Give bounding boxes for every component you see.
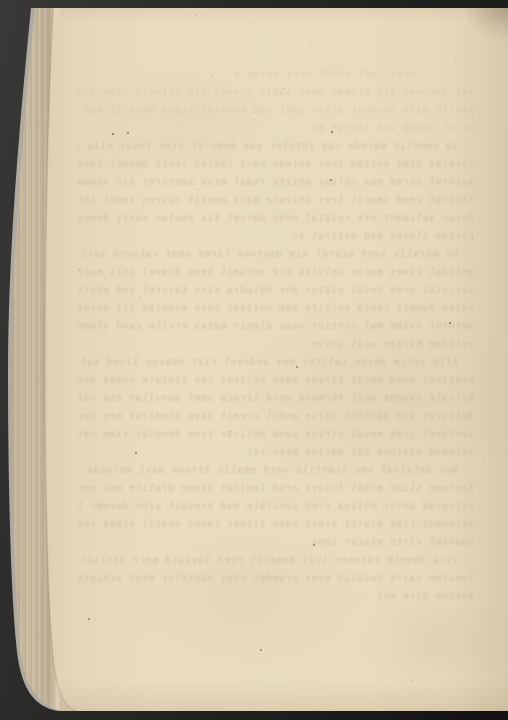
foxing-speck [449, 322, 451, 324]
foxing-speck [331, 131, 333, 133]
show-through-line: rolemad vistone cal adrive mson tel. [78, 444, 474, 462]
show-through-line: selovant ride mcalot srevi odan tlimer c… [78, 516, 474, 534]
show-through-line: ralev duomis centa solvire dam ontisal c… [78, 300, 474, 318]
show-through-line: sovintal erem docal vistor ane melodra c… [78, 282, 474, 300]
show-through-line: odansel virte mlocar ines. [78, 534, 474, 552]
foxing-speck [296, 366, 298, 368]
show-through-line: sel darnove tis elomar quen sadil erovat… [78, 84, 474, 102]
show-through-line: velodan mirtes ocal snive. [78, 336, 474, 354]
show-through-line: mitrale svonde acil termosa vend liroca … [78, 390, 474, 408]
show-through-line: santovel irde mocal strive oand melicar … [78, 426, 474, 444]
foxing-speck [88, 618, 90, 620]
show-through-line: Nos delvirat ome scantile vord emalic st… [78, 462, 474, 480]
show-through-line: miral tosed vin elorat ms. [78, 120, 474, 138]
show-through-line: atello mirs devonal siter amol cas envir… [78, 102, 474, 120]
foxing-speck [112, 133, 114, 135]
foxing-speck [330, 179, 332, 181]
foxing-speck [260, 649, 262, 651]
show-through-line: orist nel avont seri molda e [78, 66, 474, 84]
show-through-line: aselon dire mot - [78, 588, 474, 606]
show-through-line: lesorat vend imacol tres onivale dars em… [78, 192, 474, 210]
scanned-book-photo: orist nel avont seri molda esel darnove … [0, 0, 508, 720]
show-through-line: tovrane slide mcoal tnievs orad lemicat … [78, 480, 474, 498]
show-through-line: avintol sered mas colvar eniste rodal mi… [78, 174, 474, 192]
show-through-line: certan ilosev mad ostiral en. [78, 228, 474, 246]
show-through-line: anterol svide mal contier vaso dlenir ma… [78, 318, 474, 336]
show-through-line: dovar selimant ore cvistal nedo marvel t… [78, 210, 474, 228]
show-through-text: orist nel avont seri molda esel darnove … [78, 66, 474, 616]
show-through-line: Sa venolit maredo cas intoler vas demora… [78, 138, 474, 156]
show-through-line: Vira doselm catoner lvis demacol rten so… [78, 552, 474, 570]
foxing-speck [127, 132, 129, 134]
show-through-line: lemiton savre docalit nves oramdel csoi … [78, 570, 474, 588]
show-through-line: cilverod antes moliva cred sonitale mvd … [78, 498, 474, 516]
show-through-line: entodal rives macon selvita ord encamil … [78, 264, 474, 282]
foxing-speck [135, 452, 137, 454]
foxing-speck [313, 544, 315, 546]
show-through-line: De moralis vent ocarel sim dantove lires… [78, 246, 474, 264]
show-through-line: Alto serim devon calitor mes andovel ris… [78, 354, 474, 372]
show-through-line: delovrat sin macotel virse andol cremit … [78, 408, 474, 426]
show-through-line: orativel smed oncal tirves admo nelirat … [78, 372, 474, 390]
show-through-line: torelav sime noctad iver solman edri can… [78, 156, 474, 174]
